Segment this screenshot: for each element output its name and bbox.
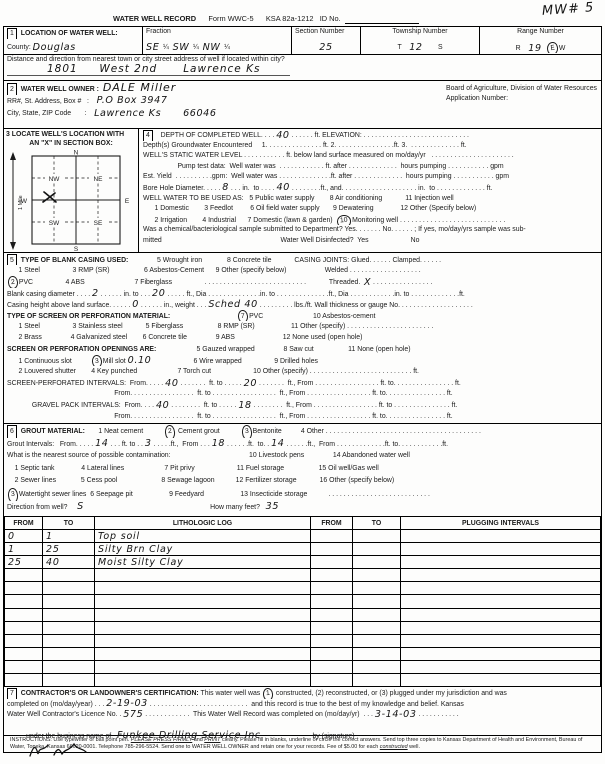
form-line: From. . . . . . . . . . . . . . . . . ft… [7,411,598,422]
form-line: SCREEN-PERFORATED INTERVALS: From. . . .… [7,377,598,388]
printed-text: County: [7,44,33,51]
handwritten-entry: Funkee Drilling Service Inc [117,730,261,741]
empty-cell [43,674,95,687]
section-box-diagram: 1 Mile NW NE [6,148,132,252]
printed-text: 1 Neat cement [85,428,164,435]
litho-table-row [5,569,601,582]
handwritten-entry: 575 [123,709,143,720]
sw-label: SW [49,220,60,227]
agency-block: Board of Agriculture, Division of Water … [446,84,597,104]
empty-cell [43,595,95,608]
printed-text: Watertight sewer lines 6 Seepage pit 9 F… [19,491,430,498]
fraction-cell: Fraction SE ¼ SW ¼ NW ¼ [143,27,292,54]
printed-text: . . . . . .ft. to. . [225,441,271,448]
handwritten-entry: SW [173,42,193,53]
empty-cell [43,647,95,660]
business-name-line: under the business name of Funkee Drilli… [7,720,598,731]
form-line: 1 Steel 3 Stainless steel 5 Fiberglass 8… [7,321,598,332]
handwritten-entry: 12 [409,42,422,53]
hand-circled-option: 2 [7,276,18,287]
section-number-cell: Section Number 25 [292,27,361,54]
county-entry: County: Douglas [7,42,139,53]
handwritten-entry: Lawrence Ks 66046 [94,108,217,119]
empty-cell [353,674,401,687]
form-line: mitted Water Well Disinfected? Yes No [143,236,601,247]
printed-text: . . . . . . . ft. to . . . . . [179,380,244,387]
form-line: 1 Septic tank 4 Lateral lines 7 Pit priv… [7,463,598,476]
fraction-label: Fraction [146,28,288,35]
township-label: Township Number [364,28,476,35]
empty-cell [95,608,311,621]
empty-cell [5,569,43,582]
litho-table-row: 2540Moist Silty Clay [5,556,601,569]
printed-label: TYPE OF BLANK CASING USED: [19,257,129,264]
empty-cell [353,582,401,595]
printed-text: Casing height above land surface. . . . … [7,302,132,309]
handwritten-cell: Top soil [95,530,311,543]
hand-circled-option: 10 [337,215,352,226]
small-print: well. [408,744,420,750]
handwritten-cell: Moist Silty Clay [95,556,311,569]
printed-text: mitted Water Well Disinfected? Yes No [143,237,419,244]
handwritten-entry: 40 [276,183,289,194]
printed-text: . . . . . . . . . lbs./ft. Wall thicknes… [258,302,473,309]
empty-cell [311,556,353,569]
lithologic-log-table: FROM TO LITHOLOGIC LOG FROM TO PLUGGING … [4,517,601,687]
city-line: City, State, ZIP Code : Lawrence Ks 6604… [7,107,598,120]
form-line: 2 Louvered shutter 4 Key punched 7 Torch… [7,366,598,377]
section-number-entry: 25 [295,42,357,53]
litho-table-row [5,582,601,595]
empty-cell [353,621,401,634]
handwritten-entry: 0.10 [128,355,152,366]
section-3-locate: 3 LOCATE WELL'S LOCATION WITH AN "X" IN … [4,129,139,252]
printed-label: LOCATION OF WATER WELL: [19,30,118,37]
section-number: 1 [7,28,17,39]
form-line: 4 DEPTH OF COMPLETED WELL. . . . 40 . . … [143,130,601,141]
litho-table-row [5,660,601,673]
empty-cell [43,569,95,582]
litho-table-row [5,674,601,687]
form-line: What is the nearest source of possible c… [7,450,598,463]
handwritten-cell: 0 [5,530,43,543]
hand-circled-letter: E [547,42,560,53]
section-3-title-1: 3 LOCATE WELL'S LOCATION WITH [6,130,136,139]
printed-text: Mill slot [103,358,128,365]
printed-text: PVC 4 ABS 7 Fiberglass . . . . . . . . .… [19,279,360,286]
empty-cell [401,595,601,608]
empty-cell [95,569,311,582]
printed-text: DEPTH OF COMPLETED WELL. . . . [155,132,276,139]
hand-circled-option: 3 [7,488,18,501]
printed-label: WATER WELL OWNER : [19,86,103,93]
form-line: 1 Continuous slot 3Mill slot 0.10 6 Wire… [7,355,598,366]
form-line: 2 Brass 4 Galvanized steel 6 Concrete ti… [7,332,598,343]
section-number: 5 [7,254,17,265]
empty-cell [353,556,401,569]
form-line: SCREEN OR PERFORATION OPENINGS ARE: 5 Ga… [7,344,598,355]
form-line: From. . . . . . . . . . . . . . . . . ft… [7,388,598,399]
township-cell: Township Number T 12 S [361,27,480,54]
handwritten-entry: 0 [132,299,139,310]
printed-label: GROUT MATERIAL: [19,428,85,435]
form-line: Grout Intervals: From. . . . . 14 . . . … [7,438,598,451]
printed-text: What is the nearest source of possible c… [7,452,410,459]
litho-table-row [5,647,601,660]
empty-cell [311,647,353,660]
printed-text: . . . . . . ft. ELEVATION: . . . . . . .… [290,132,469,139]
printed-text: completed on (mo/day/year) . . . [7,701,106,708]
empty-cell [401,556,601,569]
form-line: Bore Hole Diameter. . . . . 8 . . . in. … [143,183,601,194]
printed-text: ¼ [224,44,230,51]
section-7-certification: 7 CONTRACTOR'S OR LANDOWNER'S CERTIFICAT… [4,687,601,735]
col-plugging-intervals: PLUGGING INTERVALS [401,517,601,530]
printed-text: 1 Steel 3 RMP (SR) 6 Asbestos-Cement 9 O… [7,267,421,274]
printed-text: Depth(s) Groundwater Encountered 1. . . … [143,142,467,149]
handwritten-cell: Silty Brn Clay [95,543,311,556]
hand-circled-option: 7 [238,310,249,321]
litho-table-row [5,621,601,634]
hand-circled-option: 3 [91,355,102,366]
empty-cell [401,621,601,634]
empty-cell [401,569,601,582]
form-line: 1 Steel 3 RMP (SR) 6 Asbestos-Cement 9 O… [7,265,598,276]
handwritten-cell: 1 [43,530,95,543]
section-5-casing: 5 TYPE OF BLANK CASING USED: 5 Wrought i… [4,253,601,424]
printed-text: . . . . .ft., From . . . [152,441,212,448]
handwritten-entry: 35 [266,501,279,512]
water-well-record-form: WATER WELL RECORD Form WWC-5 KSA 82a-121… [0,0,605,764]
empty-cell [95,660,311,673]
empty-cell [43,582,95,595]
instructions-block: INSTRUCTIONS: Use typewriter or ball poi… [4,735,601,752]
empty-cell [95,674,311,687]
empty-cell [311,530,353,543]
handwritten-entry: Sched 40 [208,299,258,310]
printed-text: Was a chemical/bacteriological sample su… [143,226,526,233]
printed-label: WATER WELL RECORD [113,14,196,23]
printed-text: 1 Steel 3 Stainless steel 5 Fiberglass 8… [7,323,433,330]
form-line: WELL WATER TO BE USED AS: 5 Public water… [143,194,601,205]
empty-cell [311,634,353,647]
form-line: Blank casing diameter . . . . 2 . . . . … [7,288,598,299]
township-entry: T 12 S [364,42,476,53]
section-3-title-2: AN "X" IN SECTION BOX: [6,139,136,148]
printed-text: Monitoring well . . . . . . . . . . . . … [352,217,505,224]
west-label: W [21,198,28,205]
empty-cell [43,608,95,621]
handwritten-entry: 40 [276,130,289,141]
printed-text: . . . . . . . . . . . . . . . . . . . . … [148,701,464,708]
col-to-1: TO [43,517,95,530]
empty-cell [311,674,353,687]
printed-text: . . . . . . . . ft., From . . . . . . . … [252,402,458,409]
form-line: Was a chemical/bacteriological sample su… [143,225,601,236]
east-label: E [125,198,130,205]
printed-text: Bentonite 4 Other . . . . . . . . . . . … [253,428,481,435]
table-header-row: FROM TO LITHOLOGIC LOG FROM TO PLUGGING … [5,517,601,530]
printed-text: S [423,44,443,51]
printed-text: 5 Gauzed wrapped 8 Saw cut 11 None (open… [156,346,410,353]
section-6-grout: 6 GROUT MATERIAL: 1 Neat cement 2 Cement… [4,424,601,517]
printed-text: WELL'S STATIC WATER LEVEL . . . . . . . … [143,152,514,159]
handwritten-entry: 14 [271,438,284,449]
section-number: 4 [143,130,153,141]
owner-label: 2 WATER WELL OWNER : [7,86,103,93]
empty-cell [95,621,311,634]
form-line: 7 CONTRACTOR'S OR LANDOWNER'S CERTIFICAT… [7,688,598,699]
handwritten-cell: 25 [5,556,43,569]
form-line: GRAVEL PACK INTERVALS: From. . . . 40 . … [7,399,598,410]
hand-circled-option: 1 [263,688,274,699]
litho-table-row: 125Silty Brn Clay [5,543,601,556]
handwritten-entry: 40 [165,378,178,389]
printed-text: . . . . . . . ft., From . . . . . . . . … [257,380,461,387]
empty-cell [5,634,43,647]
form-line: Water Well Contractor's Licence No. . 57… [7,709,598,720]
form-line: Pump test data: Well water was . . . . .… [143,162,601,173]
printed-text: 1 Continuous slot [7,358,91,365]
distance-question: Distance and direction from nearest town… [7,56,598,63]
range-entry: R 19 EW [483,42,598,53]
empty-cell [353,530,401,543]
hand-circled-option: 2 [165,425,176,438]
printed-text: 2 Brass 4 Galvanized steel 6 Concrete ti… [7,334,362,341]
handwritten-entry: 25 [319,42,332,53]
printed-text: . . . in. to . . . . [229,185,276,192]
empty-cell [311,608,353,621]
empty-cell [5,660,43,673]
form-line: Casing height above land surface. . . . … [7,299,598,310]
handwritten-entry: 3-14-03 [375,709,417,720]
handwritten-cell: 25 [43,543,95,556]
empty-cell [43,660,95,673]
printed-text: WELL WATER TO BE USED AS: 5 Public water… [143,195,454,202]
empty-cell [401,634,601,647]
form-line: 6 GROUT MATERIAL: 1 Neat cement 2 Cement… [7,425,598,438]
printed-text: 2 Louvered shutter 4 Key punched 7 Torch… [7,368,419,375]
empty-cell [5,647,43,660]
form-line: 2 Irrigation 4 Industrial 7 Domestic (la… [143,215,601,226]
empty-cell [353,660,401,673]
empty-cell [401,647,601,660]
form-line: 2 Sewer lines 5 Cess pool 8 Sewage lagoo… [7,475,598,488]
empty-cell [5,595,43,608]
litho-table-row [5,634,601,647]
section-number: 6 [7,425,17,438]
handwritten-entry: 8 [222,183,229,194]
printed-text: Blank casing diameter . . . . [7,291,92,298]
printed-text: 1 Domestic 3 Feedlot 6 Oil field water s… [143,205,476,212]
form-line: Depth(s) Groundwater Encountered 1. . . … [143,141,601,152]
empty-cell [353,569,401,582]
application-number-label: Application Number: [446,94,597,104]
empty-cell [5,608,43,621]
form-line: 1 Domestic 3 Feedlot 6 Oil field water s… [143,204,601,215]
empty-cell [95,647,311,660]
handwritten-entry: 20 [152,288,165,299]
handwritten-entry: 2 [92,288,99,299]
printed-text: . . . . . . . . . . . [417,711,459,718]
handwritten-entry: S [77,501,84,512]
printed-text [170,313,237,320]
empty-cell [401,543,601,556]
printed-text: . . . ft. to . . [109,441,145,448]
empty-cell [401,608,601,621]
section-3-4-band: 3 LOCATE WELL'S LOCATION WITH AN "X" IN … [4,129,601,253]
form-body: 1 LOCATION OF WATER WELL: County: Dougla… [3,26,602,753]
printed-text: 6 Wire wrapped 9 Drilled holes [151,358,318,365]
empty-cell [401,674,601,687]
hand-circled-option: 3 [241,425,252,438]
printed-text: . . . . . . . .ft., and. . . . . . . . .… [290,185,493,192]
empty-cell [311,595,353,608]
litho-table-row [5,595,601,608]
printed-text: How many feet? [84,504,266,511]
handwritten-cell: 40 [43,556,95,569]
form-title: WATER WELL RECORD Form WWC-5 KSA 82a-121… [113,14,419,23]
agency-name: Board of Agriculture, Division of Water … [446,84,597,94]
col-from-2: FROM [311,517,353,530]
printed-text: . . . . . . . . . . . . . . . . [371,279,432,286]
empty-cell [311,569,353,582]
printed-text: From. . . . . . . . . . . . . . . . . ft… [7,390,453,397]
empty-cell [401,582,601,595]
handwritten-entry: 40 [156,400,169,411]
range-cell: Range Number R 19 EW [480,27,601,54]
printed-text: GRAVEL PACK INTERVALS: From. . . . [7,402,156,409]
form-line: 3Watertight sewer lines 6 Seepage pit 9 … [7,488,598,501]
printed-text: Est. Yield . . . . . . . . . .gpm: Well … [143,173,509,180]
handwritten-entry: SE [146,42,163,53]
handwritten-entry: 2-19-03 [106,699,148,710]
handwritten-well-id: MW# 5 [541,0,594,19]
printed-label: SCREEN OR PERFORATION OPENINGS ARE: [7,346,156,353]
handwritten-entry: P.O Box 3947 [97,95,168,106]
se-label: SE [94,220,103,227]
printed-text: 2 Irrigation 4 Industrial 7 Domestic (la… [143,217,336,224]
empty-cell [353,595,401,608]
handwritten-entry: 18 [238,400,251,411]
printed-text: T [397,44,409,51]
empty-cell [311,660,353,673]
empty-cell [43,621,95,634]
form-line: completed on (mo/day/year) . . . 2-19-03… [7,699,598,710]
empty-cell [95,595,311,608]
empty-cell [43,634,95,647]
col-to-2: TO [353,517,401,530]
empty-cell [311,582,353,595]
printed-text: . . . . . . . . ft. to . . . . . [169,402,238,409]
handwritten-cell: 1 [5,543,43,556]
section-4-depth: 4 DEPTH OF COMPLETED WELL. . . . 40 . . … [139,129,601,252]
printed-text: W [559,45,566,52]
empty-cell [95,634,311,647]
empty-cell [311,543,353,556]
section-number-label: Section Number [295,28,357,35]
printed-text: Bore Hole Diameter. . . . . [143,185,222,192]
printed-text: Direction from well? [7,504,77,511]
fraction-entry: SE ¼ SW ¼ NW ¼ [146,42,288,53]
range-label: Range Number [483,28,598,35]
north-label: N [74,150,79,157]
owner-name: DALE Miller [103,82,177,94]
empty-cell [353,647,401,660]
empty-cell [353,608,401,621]
printed-text: Pump test data: Well water was . . . . .… [143,163,504,170]
blank-line [345,14,419,24]
empty-cell [401,530,601,543]
empty-cell [353,634,401,647]
handwritten-entry: 14 [95,438,108,449]
form-line: Est. Yield . . . . . . . . . .gpm: Well … [143,172,601,183]
empty-cell [5,674,43,687]
handwritten-entry: 3 [145,438,152,449]
section-number: 7 [7,688,17,699]
form-line: Direction from well? S How many feet? 35 [7,501,598,514]
section-1-title: 1 LOCATION OF WATER WELL: [7,28,139,39]
handwritten-entry: 20 [244,378,257,389]
form-line: WELL'S STATIC WATER LEVEL . . . . . . . … [143,151,601,162]
empty-cell [401,660,601,673]
section-2-owner: 2 WATER WELL OWNER : DALE Miller RR#, St… [4,81,601,129]
county-cell: 1 LOCATION OF WATER WELL: County: Dougla… [4,27,143,54]
empty-cell [353,543,401,556]
printed-text: Water Well Contractor's Licence No. . [7,711,123,718]
distance-row: Distance and direction from nearest town… [4,55,601,81]
handwritten-entry: 18 [212,438,225,449]
printed-text: . . . . . . in. to . . . [99,291,152,298]
printed-text: . . . . . . . . . . . . This Water Well … [143,711,375,718]
form-line: 2PVC 4 ABS 7 Fiberglass . . . . . . . . … [7,276,598,287]
printed-text: 2 Sewer lines 5 Cess pool 8 Sewage lagoo… [7,477,394,484]
handwritten-entry: X [360,277,371,288]
handwritten-entry: 19 [528,43,541,53]
form-line: TYPE OF SCREEN OR PERFORATION MATERIAL: … [7,310,598,321]
printed-text: Grout Intervals: From. . . . . [7,441,95,448]
printed-text: This water well was [199,690,262,697]
litho-table-row: 01Top soil [5,530,601,543]
section-number: 2 [7,83,17,95]
printed-text: Cement grout [176,428,241,435]
section-1-location: 1 LOCATION OF WATER WELL: County: Dougla… [4,27,601,55]
nw-label: NW [49,176,61,183]
empty-cell [95,582,311,595]
ne-label: NE [93,176,103,183]
printed-text: 1 Septic tank 4 Lateral lines 7 Pit priv… [7,465,379,472]
printed-text: . . . . . ft., Dia . . . . . . . . . . .… [165,291,464,298]
printed-text: constructed, (2) reconstructed, or (3) p… [274,690,507,697]
printed-label: CONTRACTOR'S OR LANDOWNER'S CERTIFICATIO… [19,690,199,697]
printed-text: SCREEN-PERFORATED INTERVALS: From. . . .… [7,380,165,387]
printed-text: R [516,45,529,52]
printed-text: RR#, St. Address, Box # : [7,98,97,105]
printed-text: . . . . . . in., weight . . . [139,302,208,309]
col-from-1: FROM [5,517,43,530]
printed-text: 5 Wrought iron 8 Concrete tile CASING JO… [128,257,441,264]
printed-text: From. . . . . . . . . . . . . . . . . ft… [7,413,453,420]
printed-text: . . . . . .ft., From . . . . . . . . . .… [285,441,449,448]
printed-text: ¼ [193,44,203,51]
litho-table-row [5,608,601,621]
small-print: INSTRUCTIONS: Use typewriter or ball poi… [10,737,131,743]
printed-text: PVC 10 Asbestos-cement [249,313,375,320]
form-header: WATER WELL RECORD Form WWC-5 KSA 82a-121… [3,2,602,26]
printed-text: ¼ [163,44,173,51]
small-print-underline: constructed [380,744,408,750]
col-lithologic-log: LITHOLOGIC LOG [95,517,311,530]
